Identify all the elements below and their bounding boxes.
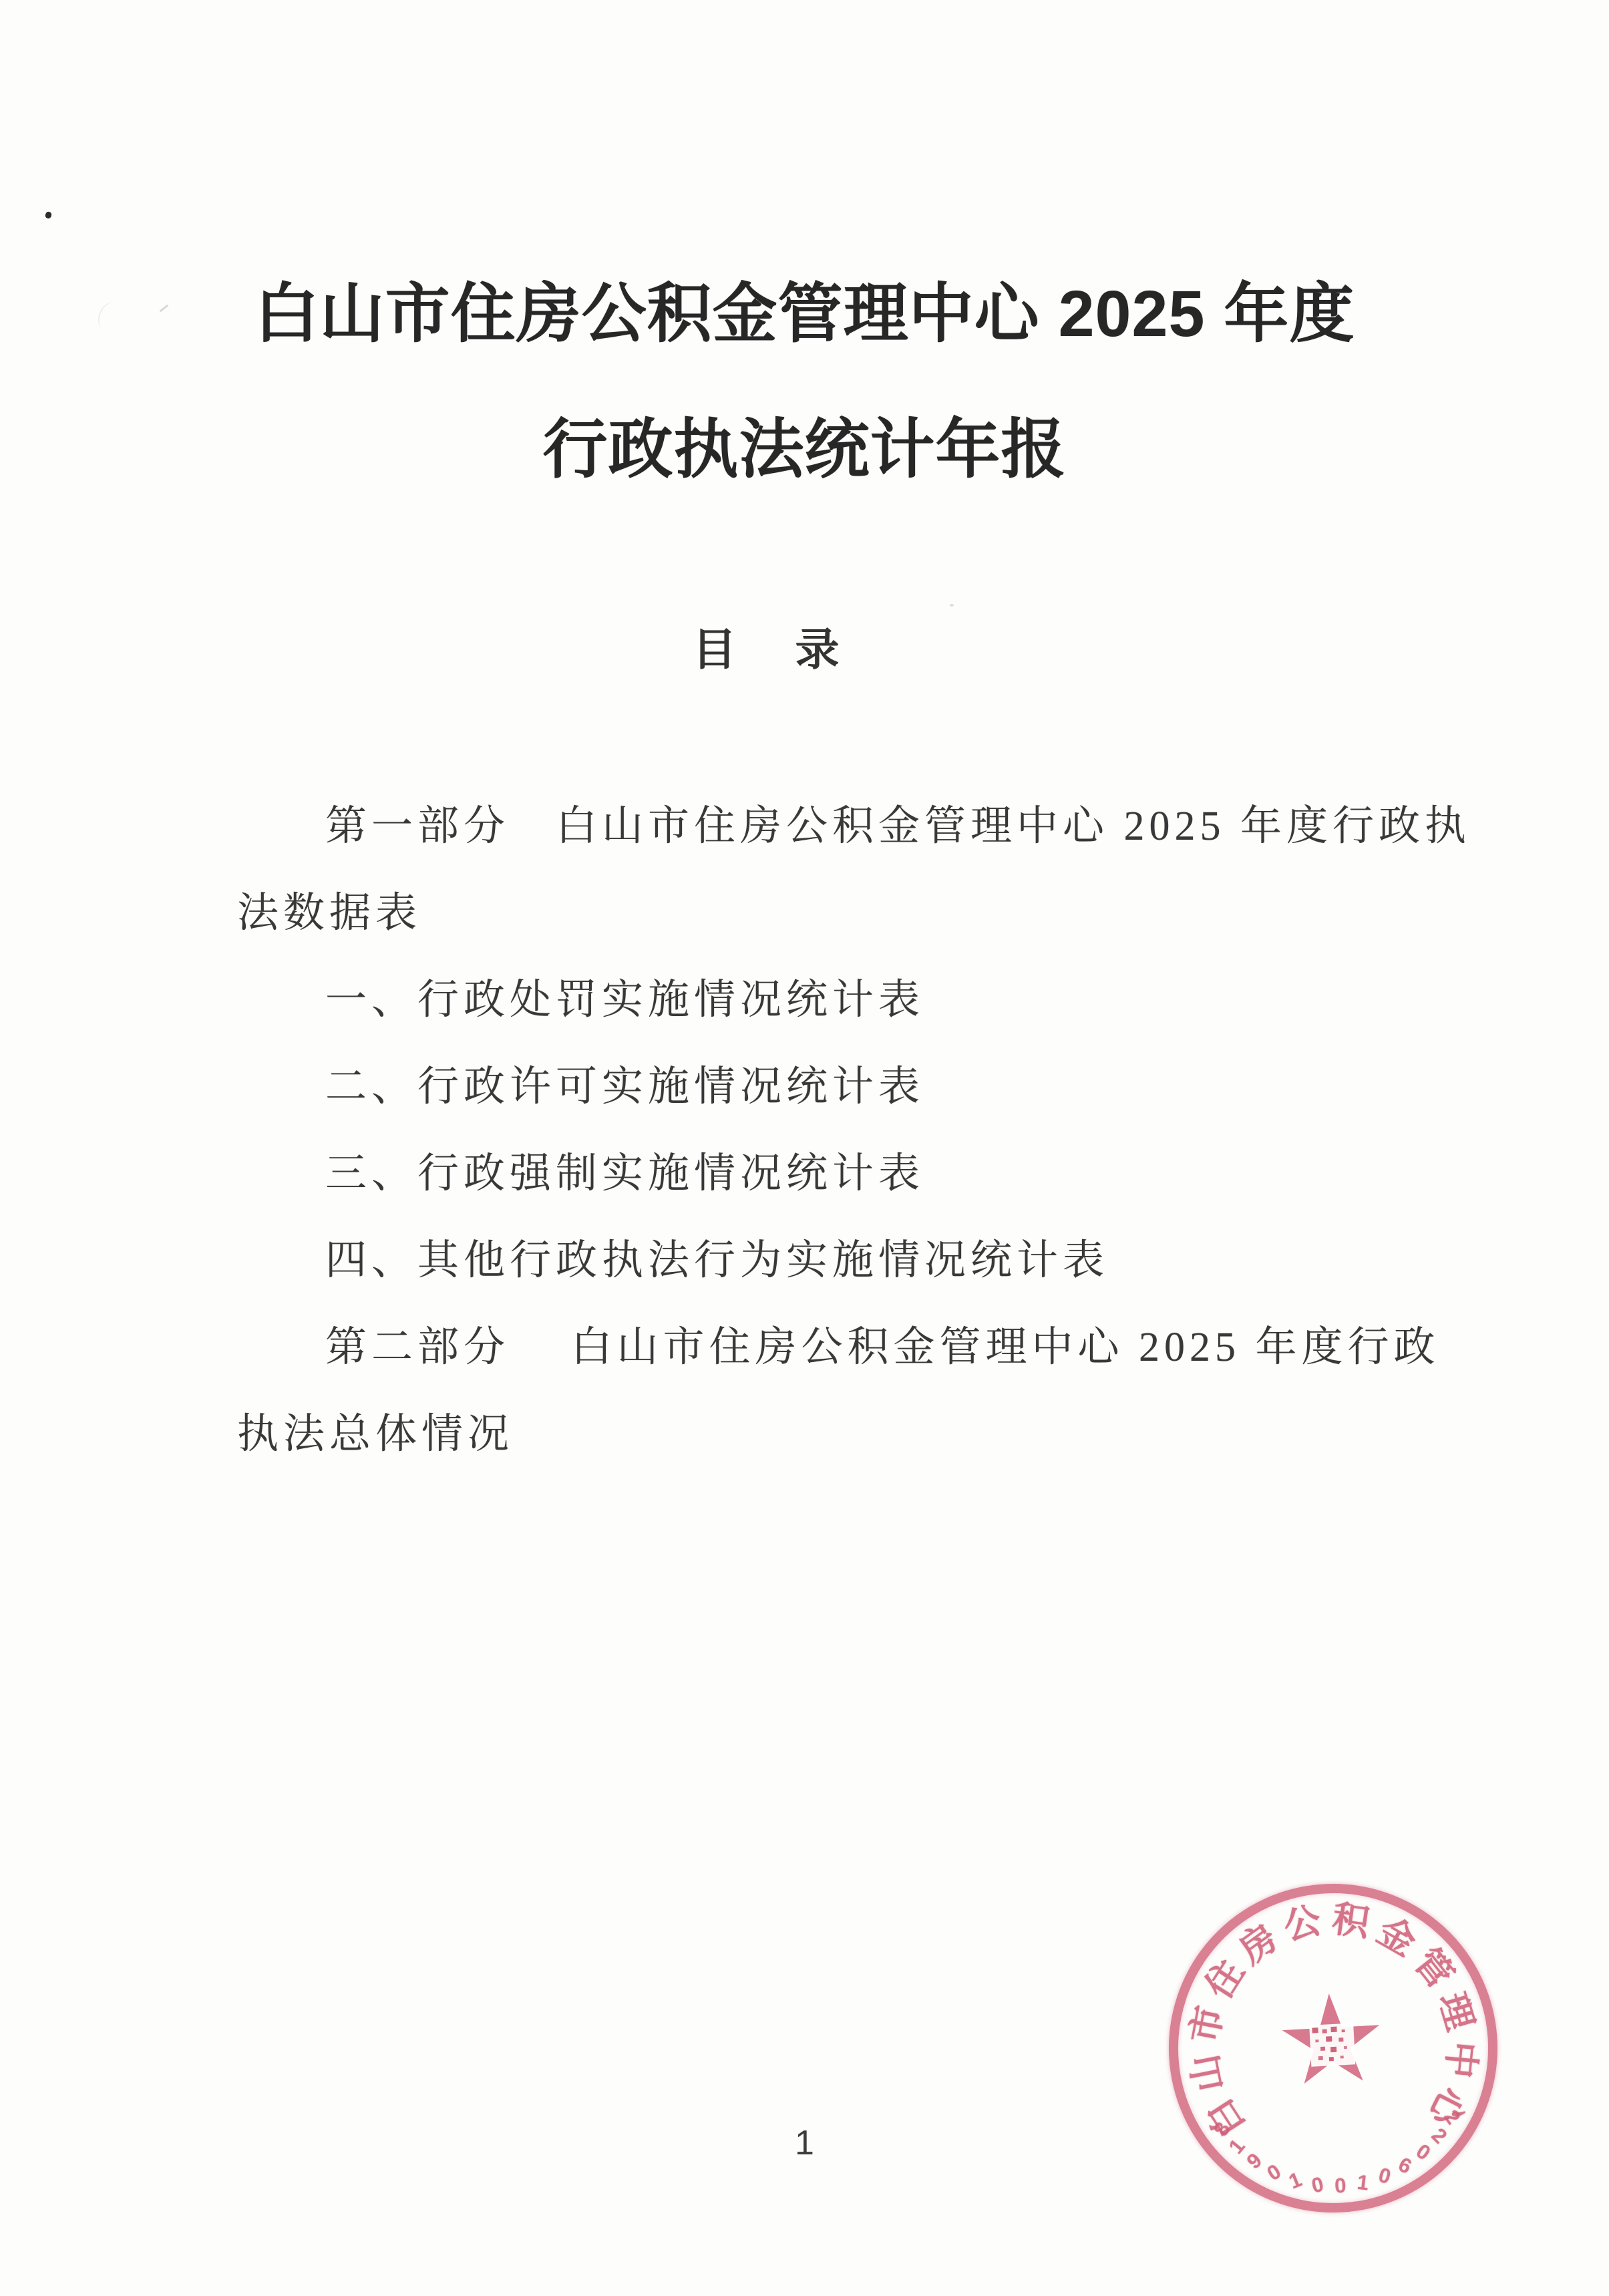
title-line-2: 行政执法统计年报 xyxy=(0,381,1609,517)
toc-line: 二、行政许可实施情况统计表 xyxy=(237,1043,1435,1130)
toc-line: 一、行政处罚实施情况统计表 xyxy=(237,957,1435,1043)
title-line-1: 白山市住房公积金管理中心 2025 年度 xyxy=(0,246,1609,381)
toc-heading-char-1: 目 xyxy=(693,627,737,675)
toc-line: 第二部分 白山市住房公积金管理中心 2025 年度行政 xyxy=(237,1304,1435,1391)
seal-code: 2206010010918 xyxy=(1160,1875,1505,2221)
toc-line: 法数据表 xyxy=(237,870,1435,957)
toc-line: 四、其他行政执法行为实施情况统计表 xyxy=(237,1217,1435,1304)
toc-line: 三、行政强制实施情况统计表 xyxy=(237,1130,1435,1217)
toc-body: 第一部分 白山市住房公积金管理中心 2025 年度行政执 法数据表 一、行政处罚… xyxy=(237,783,1435,1478)
scan-artifact-speck xyxy=(950,604,954,607)
toc-line: 第一部分 白山市住房公积金管理中心 2025 年度行政执 xyxy=(237,783,1435,870)
official-seal: 白山市住房公积金管理中心 2206010010918 xyxy=(1160,1875,1505,2221)
page-number: 1 xyxy=(0,2123,1609,2163)
toc-heading: 目 录 xyxy=(0,627,1570,675)
scan-artifact-dot xyxy=(45,211,53,219)
document-page: 白山市住房公积金管理中心 2025 年度 行政执法统计年报 目 录 第一部分 白… xyxy=(0,0,1609,2296)
toc-line: 执法总体情况 xyxy=(237,1391,1435,1478)
document-title: 白山市住房公积金管理中心 2025 年度 行政执法统计年报 xyxy=(0,246,1609,517)
toc-heading-char-2: 录 xyxy=(795,627,840,675)
